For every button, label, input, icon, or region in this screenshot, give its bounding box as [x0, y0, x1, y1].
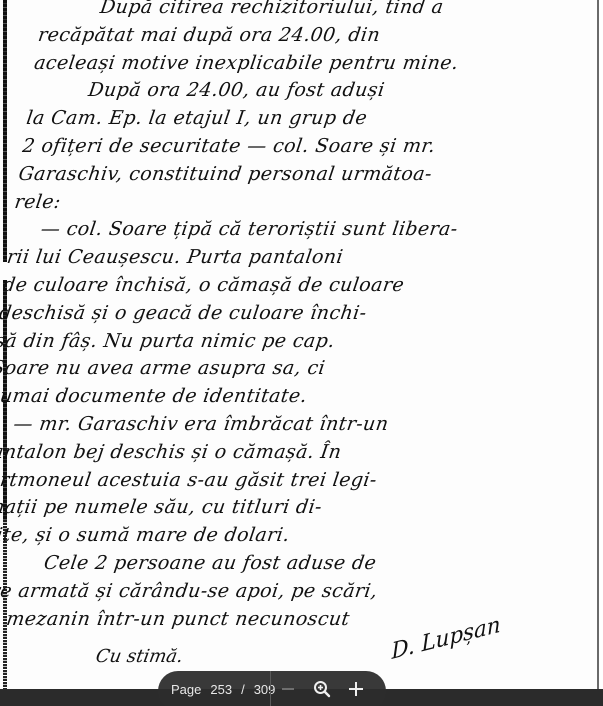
handwritten-line: După ora 24.00, au fost aduși: [28, 77, 580, 105]
handwritten-line: aceleași motive inexplicabile pentru min…: [32, 50, 584, 78]
handwritten-line: la Cam. Ep. la etajul I, un grup de: [24, 105, 576, 133]
handwritten-line: timații pe numele său, cu titluri di-: [0, 494, 522, 522]
minus-icon: [282, 688, 294, 690]
handwritten-line: de culoare închisă, o cămașă de culoare: [1, 272, 553, 300]
handwritten-line: recăpătat mai după ora 24.00, din: [36, 22, 588, 50]
closing-salutation: Cu stimă.: [94, 646, 185, 667]
handwritten-line: numai documente de identitate.: [0, 383, 537, 411]
current-page-input[interactable]: 253: [210, 682, 232, 697]
scanned-page: După citirea rechizitoriului, tind arecă…: [0, 0, 600, 689]
handwritten-line: portmoneul acestuia s-au găsit trei legi…: [0, 467, 526, 495]
plus-icon: [349, 682, 363, 696]
handwritten-line: Garaschiv, constituind personal următoa-: [17, 161, 569, 189]
handwritten-line: rii lui Ceaușescu. Purta pantaloni: [5, 244, 557, 272]
handwritten-line: Cele 2 persoane au fost aduse de: [0, 550, 514, 578]
handwritten-line: pantalon bej deschis și o cămașă. În: [0, 439, 529, 467]
handwritten-line: — col. Soare țipă că teroriștii sunt lib…: [9, 216, 561, 244]
page-navigation-toolbar: Page 253 / 309: [158, 671, 386, 706]
handwritten-line: 2 ofițeri de securitate — col. Soare și …: [21, 133, 573, 161]
page-separator: /: [241, 682, 245, 697]
handwritten-line: rele:: [13, 189, 565, 217]
page-indicator: Page 253 / 309: [158, 682, 270, 697]
zoom-magnifier-icon: [313, 680, 331, 698]
handwritten-line: să din fâș. Nu purta nimic pe cap.: [0, 328, 545, 356]
handwritten-line: deschisă și o geacă de culoare închi-: [0, 300, 549, 328]
handwritten-line: Soare nu avea arme asupra sa, ci: [0, 355, 541, 383]
page-label: Page: [171, 682, 201, 697]
document-viewer: După citirea rechizitoriului, tind arecă…: [0, 0, 603, 706]
handwritten-line: — mr. Garaschiv era îmbrăcat într-un: [0, 411, 533, 439]
handwritten-line: către armată și cărându-se apoi, pe scăr…: [0, 578, 510, 606]
page-right-border: [597, 0, 599, 689]
zoom-in-button[interactable]: [339, 674, 373, 704]
handwritten-text: După citirea rechizitoriului, tind arecă…: [0, 0, 592, 661]
handwritten-line: ferite, și o sumă mare de dolari.: [0, 522, 518, 550]
fit-zoom-button[interactable]: [305, 674, 339, 704]
handwritten-line: După citirea rechizitoriului, tind a: [40, 0, 592, 22]
zoom-out-button[interactable]: [271, 674, 305, 704]
